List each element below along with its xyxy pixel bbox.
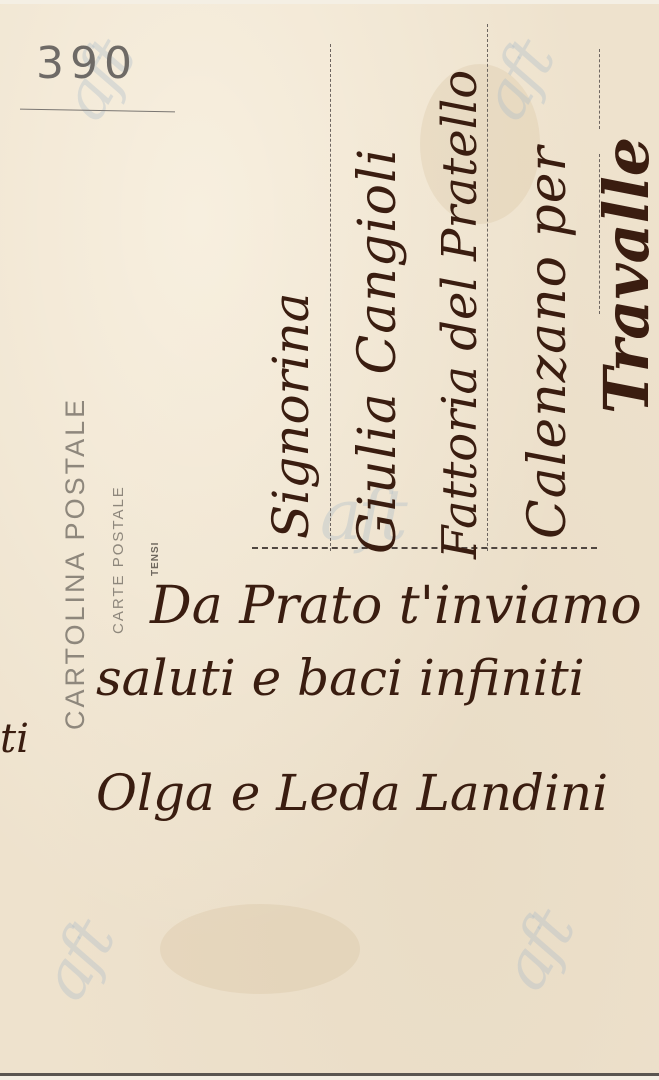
address-line-5: Travalle (590, 137, 659, 414)
message-line-2: saluti e baci infiniti (96, 649, 585, 707)
watermark: aft (27, 910, 129, 1012)
postcard-back: aft aft aft aft aft 390 CARTOLINA POSTAL… (0, 4, 659, 1076)
printed-title: CARTOLINA POSTALE (60, 397, 91, 730)
address-rule (599, 49, 600, 129)
margin-fragment: ti (0, 716, 29, 762)
catalog-number: 390 (36, 38, 138, 89)
address-line-4: Calenzano per (518, 146, 578, 539)
message-signature: Olga e Leda Landini (96, 764, 608, 822)
address-rule (330, 44, 331, 551)
printed-subtitle: CARTE POSTALE (110, 485, 127, 634)
watermark: aft (487, 900, 589, 1002)
address-line-1: Signorina (262, 293, 320, 539)
address-line-2: Giulia Cangioli (348, 148, 408, 554)
address-line-3: Fattoria del Pratello (432, 70, 488, 559)
address-baseline (252, 547, 597, 549)
printed-publisher: TENSI (150, 542, 161, 576)
message-line-1: Da Prato t'inviamo (150, 576, 642, 636)
paper-stain (160, 904, 360, 994)
